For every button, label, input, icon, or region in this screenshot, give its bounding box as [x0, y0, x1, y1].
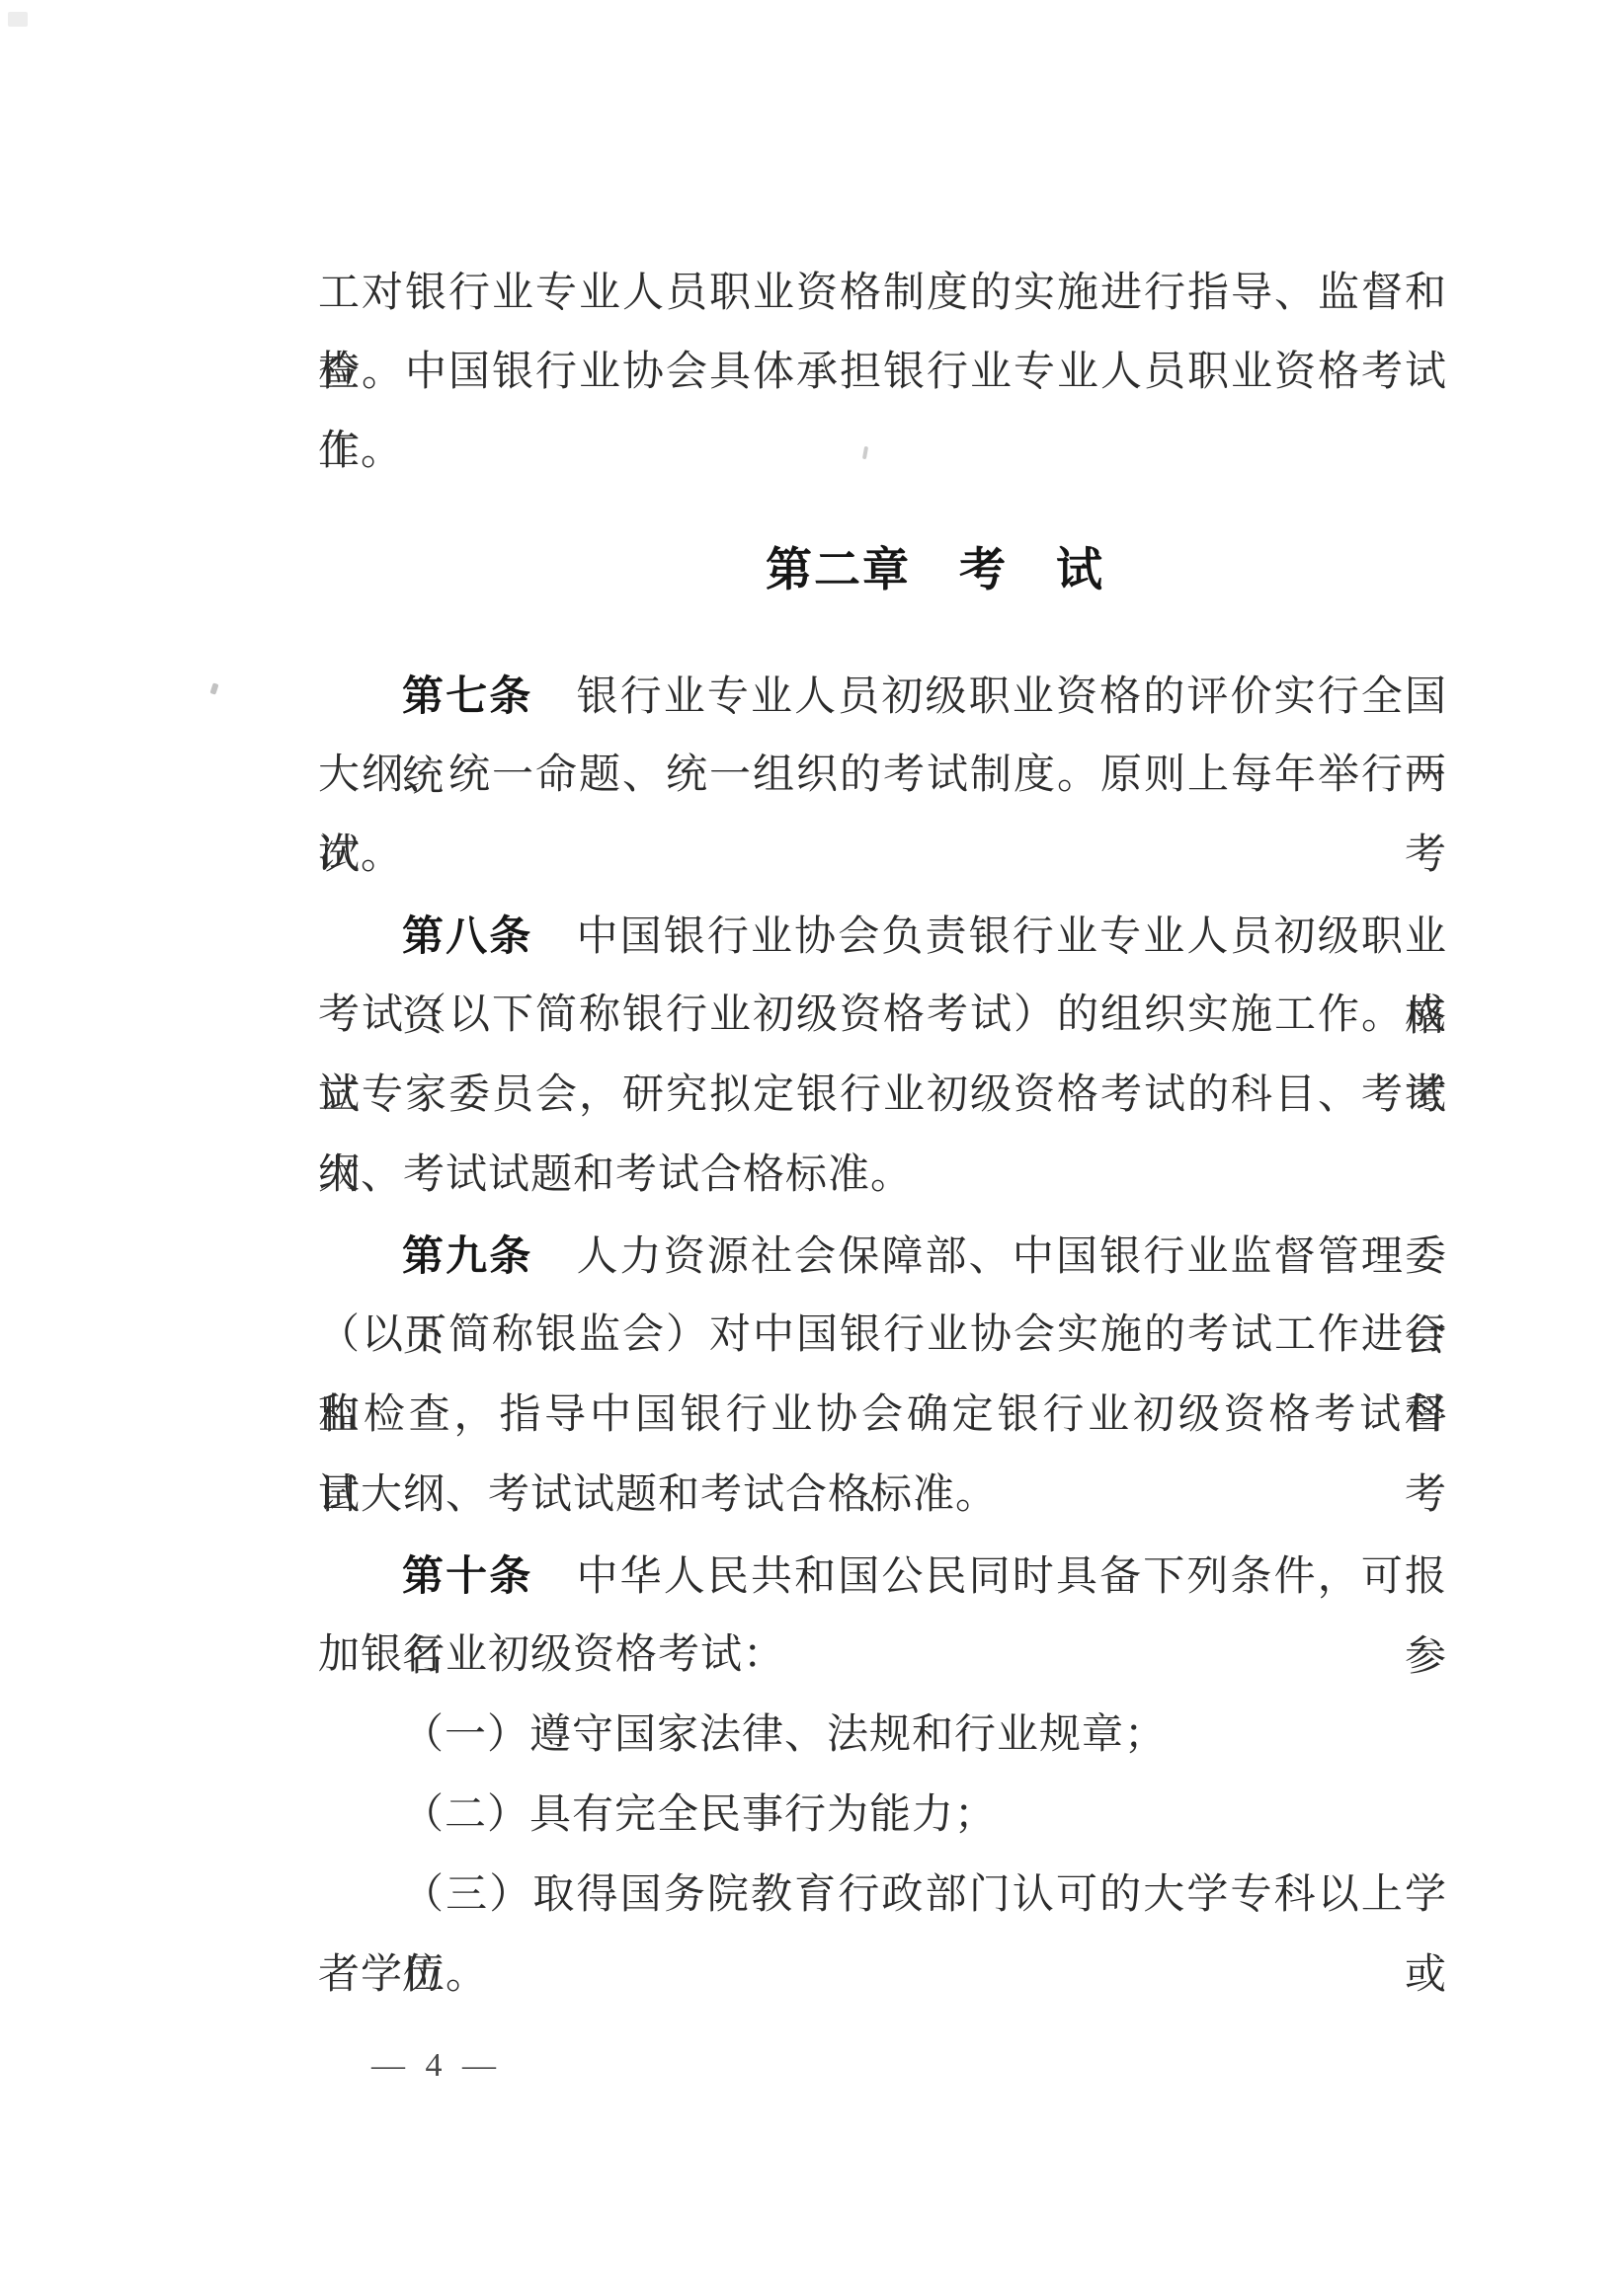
text-line: 大纲、统一命题、统一组织的考试制度。原则上每年举行两次考: [318, 736, 1447, 816]
scan-artifact: [209, 682, 218, 694]
line-text: （二）具有完全民事行为能力；: [402, 1792, 997, 1838]
line-text: 者学位。: [318, 1952, 488, 1998]
text-line: 纲、考试试题和考试合格标准。: [318, 1136, 1447, 1216]
text-line: （三）取得国务院教育行政部门认可的大学专科以上学历或: [318, 1856, 1447, 1936]
line-text: 试大纲、考试试题和考试合格标准。: [318, 1472, 998, 1518]
chapter-heading: 第二章 考 试: [766, 530, 1104, 609]
text-line: 查。中国银行业协会具体承担银行业专业人员职业资格考试工: [318, 333, 1447, 412]
article-number: 第八条: [402, 912, 532, 959]
document-page: 工对银行业专业人员职业资格制度的实施进行指导、监督和检查。中国银行业协会具体承担…: [0, 0, 1623, 2296]
text-line: （以下简称银监会）对中国银行业协会实施的考试工作进行监督: [318, 1296, 1447, 1376]
text-line: 试专家委员会，研究拟定银行业初级资格考试的科目、考试大: [318, 1056, 1447, 1136]
article-number: 第七条: [402, 673, 532, 719]
line-text: 作。: [318, 429, 403, 474]
line-text: 纲、考试试题和考试合格标准。: [318, 1152, 913, 1198]
line-text: （三）取得国务院教育行政部门认可的大学专科以上学历或: [402, 1872, 1447, 1998]
line-text: 加银行业初级资格考试：: [318, 1632, 785, 1678]
text-line: 第八条 中国银行业协会负责银行业专业人员初级职业资格: [318, 896, 1447, 976]
text-line: （一）遵守国家法律、法规和行业规章；: [318, 1696, 1447, 1776]
text-line: 第七条 银行业专业人员初级职业资格的评价实行全国统一: [318, 656, 1447, 736]
text-line: 工对银行业专业人员职业资格制度的实施进行指导、监督和检: [318, 254, 1447, 333]
text-line: 第十条 中华人民共和国公民同时具备下列条件，可报名参: [318, 1536, 1447, 1616]
scan-artifact: [8, 12, 28, 27]
page-number: — 4 —: [318, 2036, 555, 2096]
text-line: 第九条 人力资源社会保障部、中国银行业监督管理委员会: [318, 1216, 1447, 1296]
line-text: （一）遵守国家法律、法规和行业规章；: [402, 1712, 1167, 1758]
text-line: 考试（以下简称银行业初级资格考试）的组织实施工作。成立考: [318, 976, 1447, 1056]
article-text-block: 第七条 银行业专业人员初级职业资格的评价实行全国统一大纲、统一命题、统一组织的考…: [318, 656, 1447, 2016]
article-number: 第九条: [402, 1232, 532, 1279]
article-number: 第十条: [402, 1552, 532, 1599]
line-text: 大纲、统一命题、统一组织的考试制度。原则上每年举行两次考: [318, 752, 1447, 878]
text-line: 和检查，指导中国银行业协会确定银行业初级资格考试科目、考: [318, 1376, 1447, 1456]
text-line: 作。: [318, 412, 1447, 491]
text-line: （二）具有完全民事行为能力；: [318, 1776, 1447, 1856]
paragraph-continuation-block: 工对银行业专业人员职业资格制度的实施进行指导、监督和检查。中国银行业协会具体承担…: [318, 254, 1447, 491]
line-text: 试。: [318, 832, 403, 878]
